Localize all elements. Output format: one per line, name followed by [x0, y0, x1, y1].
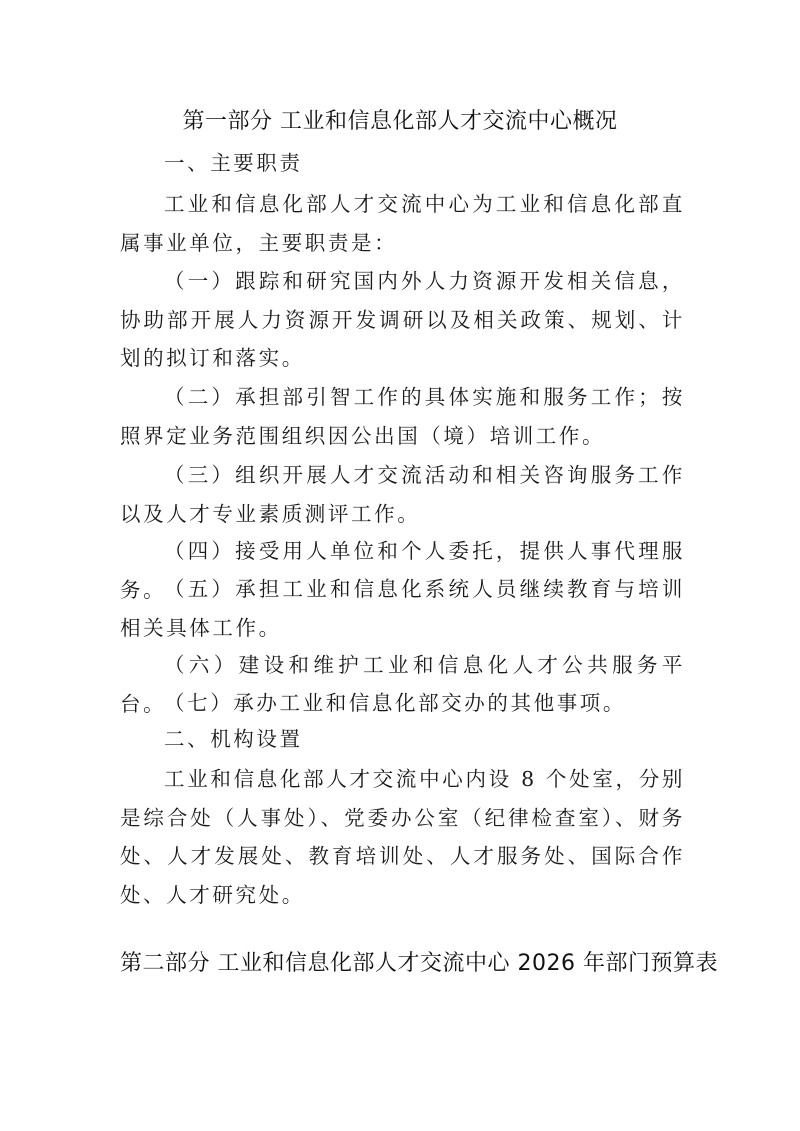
- organization-paragraph: 工业和信息化部人才交流中心内设 8 个处室，分别是综合处（人事处）、党委办公室（…: [120, 760, 685, 914]
- part-two-title: 第二部分 工业和信息化部人才交流中心 2026 年部门预算表: [120, 946, 720, 977]
- duties-intro-paragraph: 工业和信息化部人才交流中心为工业和信息化部直属事业单位，主要职责是：: [120, 185, 685, 262]
- duty-item-5: （五）承担工业和信息化系统人员继续教育与培训相关具体工作。: [120, 570, 685, 647]
- duty-item-1: （一）跟踪和研究国内外人力资源开发相关信息，协助部开展人力资源开发调研以及相关政…: [120, 262, 685, 378]
- duty-item-2: （二）承担部引智工作的具体实施和服务工作；按照界定业务范围组织因公出国（境）培训…: [120, 378, 685, 455]
- duty-item-7: （七）承办工业和信息化部交办的其他事项。: [120, 684, 685, 723]
- duty-item-3: （三）组织开展人才交流活动和相关咨询服务工作以及人才专业素质测评工作。: [120, 456, 685, 533]
- section-heading-main-duties: 一、主要职责: [164, 146, 303, 176]
- part-one-title: 第一部分 工业和信息化部人才交流中心概况: [0, 104, 800, 135]
- document-page: 第一部分 工业和信息化部人才交流中心概况 一、主要职责 工业和信息化部人才交流中…: [0, 0, 800, 1131]
- section-heading-organization: 二、机构设置: [164, 722, 303, 752]
